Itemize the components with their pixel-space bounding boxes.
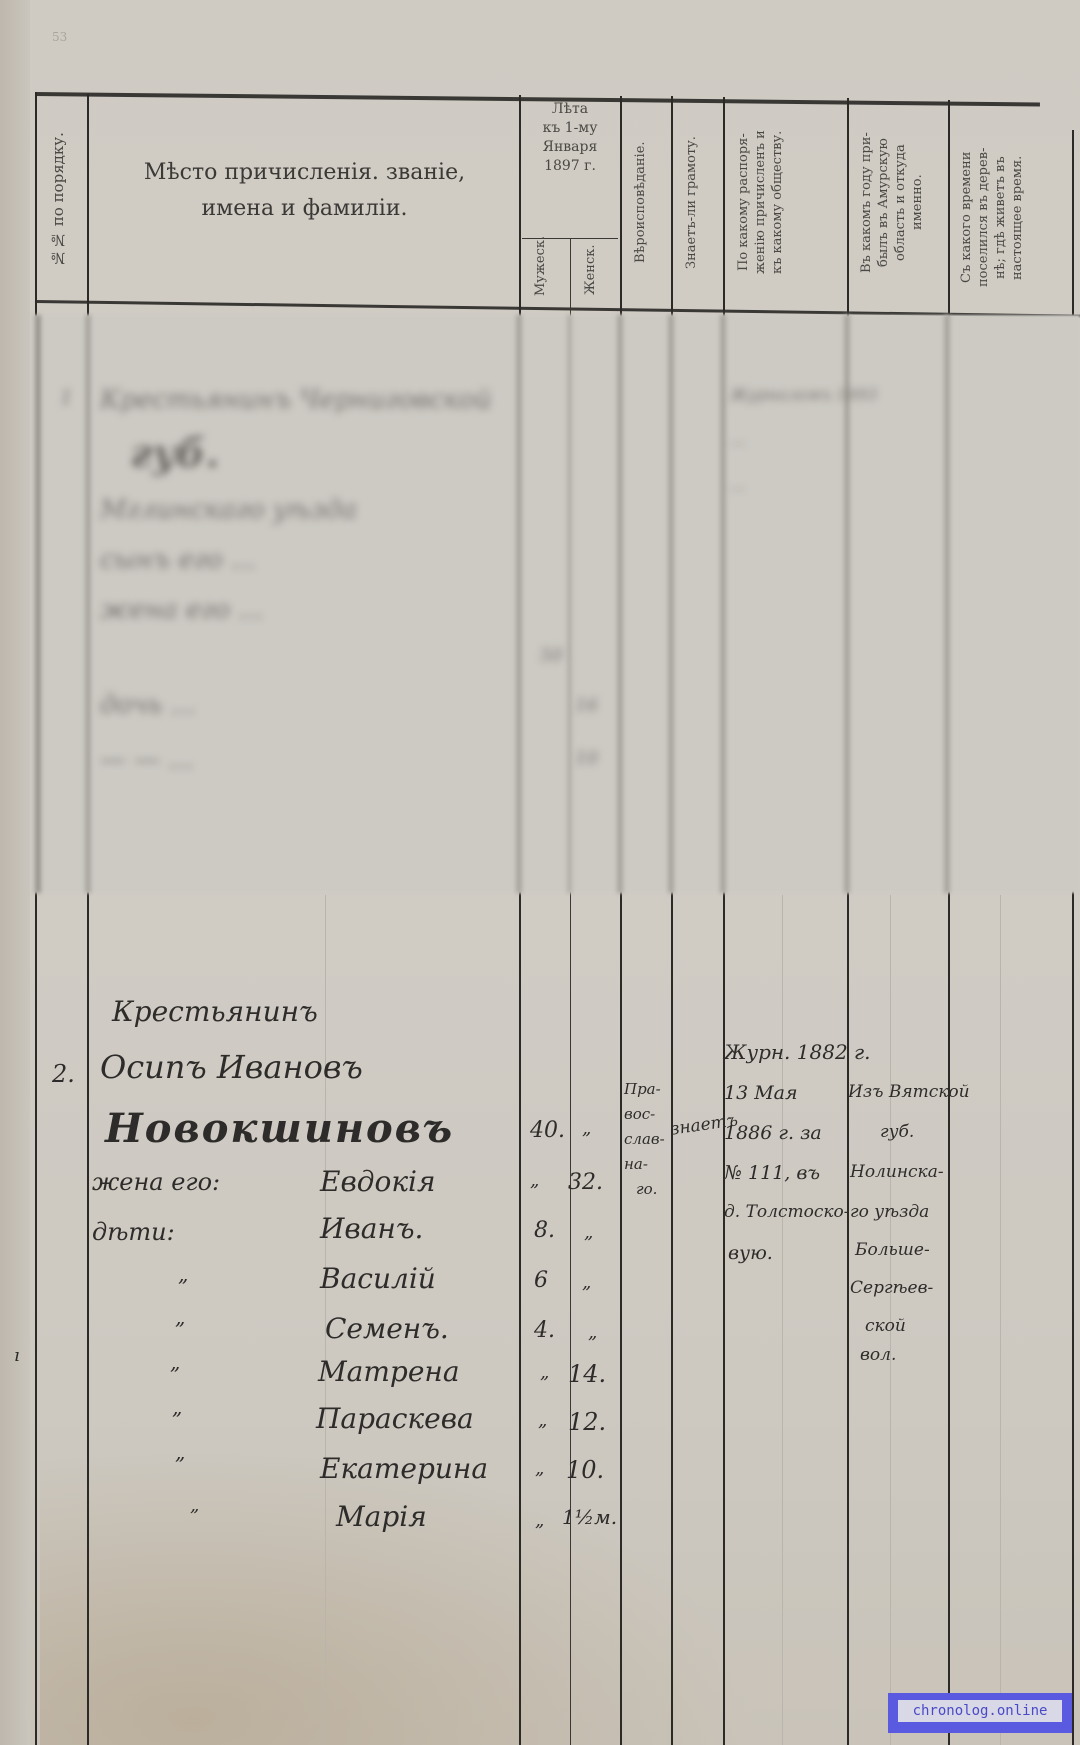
blurred-col-line: [617, 315, 623, 893]
blurred-age: 10: [575, 748, 598, 769]
arrival-text: Больше-: [855, 1240, 930, 1260]
margin-mark: ı: [14, 1345, 20, 1366]
member-relation: „: [175, 1440, 185, 1464]
age-female-7: 10.: [566, 1456, 604, 1484]
arrival-text: Изъ Вятской: [848, 1082, 970, 1102]
faint-guide-line: [1000, 895, 1001, 1745]
religion-text: на-: [624, 1155, 648, 1173]
page-binding-edge: [0, 0, 30, 1745]
order-text: д. Толстоско-: [724, 1202, 850, 1222]
age-female-3: „: [582, 1272, 591, 1293]
age-female-8: 1½м.: [562, 1505, 617, 1529]
age-female-5: 14.: [568, 1360, 606, 1388]
member-name: Иванъ.: [320, 1212, 423, 1245]
header-number: №№ по порядку.: [50, 110, 80, 290]
blurred-note: Журналомъ 1893: [730, 385, 877, 404]
age-male-7: „: [535, 1458, 544, 1479]
age-male-2: 8.: [534, 1218, 555, 1243]
header-age-male: Мужеск.: [532, 244, 558, 296]
member-name: Василій: [320, 1262, 436, 1295]
header-name-title: Мѣсто причисленія. званіе, имена и фамил…: [92, 155, 517, 227]
blurred-line: сынъ его ...: [100, 545, 256, 575]
header-since: Съ какого времени поселился въ дерев- нѣ…: [958, 130, 1058, 305]
header-age: Лѣта къ 1-му Января 1897 г.: [522, 100, 618, 176]
religion-text: слав-: [624, 1130, 665, 1148]
age-male-3: 6: [534, 1268, 548, 1293]
arrival-text: губ.: [880, 1122, 914, 1142]
age-female-4: „: [588, 1322, 597, 1343]
blurred-col-line: [85, 315, 91, 893]
age-male-6: „: [538, 1410, 547, 1431]
blurred-line: Мглинскаго уѣзда: [100, 495, 357, 525]
blurred-line: — — ...: [100, 745, 193, 775]
member-relation: „: [178, 1262, 188, 1286]
order-text: № 111, въ: [724, 1162, 820, 1184]
blurred-col-line: [35, 315, 41, 893]
member-name: Семенъ.: [325, 1312, 449, 1345]
arrival-text: Сергѣев-: [850, 1278, 933, 1298]
age-female-2: „: [584, 1222, 593, 1243]
arrival-text: вол.: [860, 1345, 896, 1365]
blurred-col-line: [516, 315, 522, 893]
religion-text: вос-: [624, 1105, 655, 1123]
entry-number: 2.: [52, 1060, 75, 1088]
entry-status: Крестьянинъ: [112, 995, 318, 1028]
faint-guide-line: [782, 895, 783, 1745]
blurred-age: 50: [540, 645, 563, 666]
age-male-8: „: [535, 1510, 544, 1531]
age-female-1: 32.: [568, 1170, 603, 1195]
blurred-line: жена его ...: [100, 595, 263, 625]
order-text: Журн. 1882 г.: [724, 1040, 870, 1064]
member-relation: жена его:: [92, 1168, 220, 1196]
watermark-text: chronolog.online: [898, 1700, 1062, 1722]
member-relation: „: [190, 1495, 199, 1516]
watermark-badge: chronolog.online: [888, 1693, 1072, 1733]
corner-mark: 53: [52, 30, 67, 44]
member-name: Марія: [336, 1500, 427, 1533]
blurred-note: ...: [730, 475, 745, 494]
register-page: 53 №№ по порядку. Мѣсто причисленія. зва…: [0, 0, 1080, 1745]
arrival-text: го уѣзда: [850, 1202, 929, 1222]
member-relation: дѣти:: [92, 1218, 175, 1246]
header-order: По какому распоря- женію причисленъ и къ…: [735, 110, 835, 295]
blurred-age: 16: [575, 695, 598, 716]
blurred-col-line: [567, 315, 572, 893]
religion-text: Пра-: [624, 1080, 661, 1098]
blurred-line: губ.: [130, 430, 219, 477]
entry-surname: Новокшиновъ: [105, 1105, 454, 1152]
age-male-5: „: [540, 1362, 549, 1383]
header-literacy: Знаетъ-ли грамоту.: [683, 110, 711, 295]
member-relation: „: [172, 1395, 182, 1419]
entry-name: Осипъ Ивановъ: [100, 1048, 363, 1086]
arrival-text: Нолинска-: [850, 1162, 944, 1182]
blurred-line: Крестьянинъ Черниговской: [100, 385, 492, 415]
order-text: 1886 г. за: [724, 1122, 822, 1144]
blurred-col-line: [944, 315, 950, 893]
age-male-1: „: [530, 1170, 539, 1191]
member-name: Евдокія: [320, 1165, 436, 1198]
order-text: 13 Мая: [724, 1082, 798, 1104]
member-name: Екатерина: [320, 1452, 488, 1485]
blurred-col-line: [668, 315, 674, 893]
member-relation: „: [170, 1350, 180, 1374]
header-religion: Вѣроисповѣданіе.: [632, 110, 660, 295]
arrival-text: ской: [865, 1316, 906, 1336]
header-arrival: Въ какомъ году при- былъ въ Амурскую обл…: [858, 110, 940, 295]
religion-text: го.: [636, 1180, 657, 1198]
age-female-0: „: [582, 1118, 591, 1139]
age-male-4: 4.: [534, 1318, 555, 1343]
age-male-0: 40.: [530, 1118, 565, 1143]
member-name: Матрена: [318, 1355, 460, 1388]
blurred-entry-number: 1: [60, 385, 73, 409]
header-age-female: Женск.: [582, 244, 608, 296]
member-name: Параскева: [316, 1402, 474, 1435]
member-relation: „: [175, 1305, 185, 1329]
blurred-note: ...: [730, 430, 745, 449]
blurred-line: дочь ...: [100, 690, 196, 720]
age-female-6: 12.: [568, 1408, 606, 1436]
order-text: вую.: [728, 1242, 773, 1264]
blurred-col-line: [720, 315, 726, 893]
